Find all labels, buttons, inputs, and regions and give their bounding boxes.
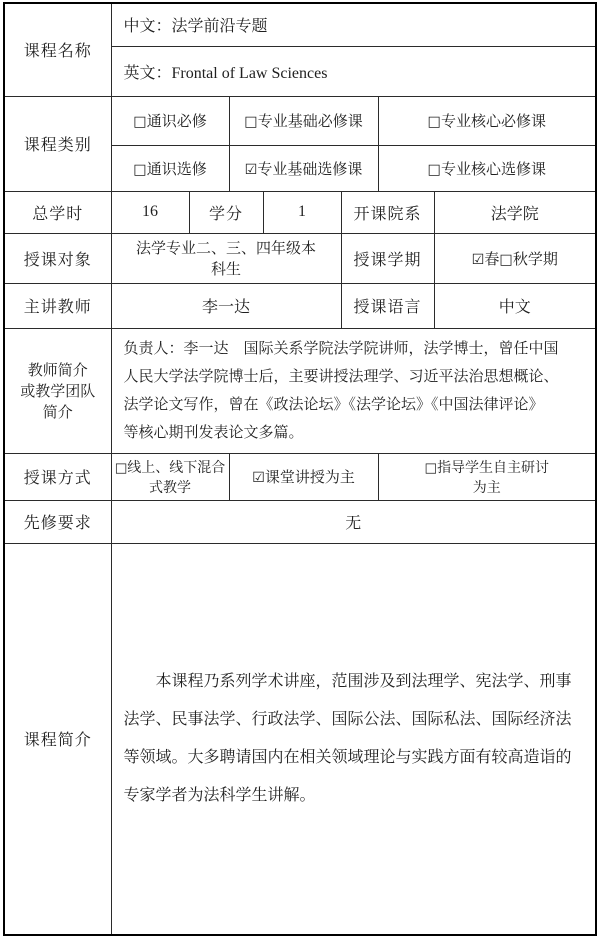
checkbox-unchecked-icon: □	[424, 461, 437, 476]
checkbox-checked-icon: ☑	[252, 470, 265, 486]
option-label: 专业核心选修课	[441, 162, 546, 178]
option-label: 专业核心必修课	[441, 114, 546, 130]
audience-value: 法学专业二、三、四年级本 科生	[111, 233, 341, 283]
semester-label: 授课学期	[341, 233, 434, 283]
option-label: 春	[484, 252, 499, 268]
category-option-major-core-elective: □专业核心选修课	[378, 145, 596, 191]
course-intro-first-line: 本课程乃系列学术讲座，范围涉及到法理学、宪法学、刑事	[124, 663, 584, 701]
prerequisites-value: 无	[111, 500, 596, 543]
checkbox-unchecked-icon: □	[115, 461, 128, 476]
total-hours-label: 总学时	[4, 191, 111, 233]
option-label: 秋学期	[513, 252, 558, 268]
credits-value: 1	[263, 191, 341, 233]
category-option-major-basic-elective: ☑专业基础选修课	[229, 145, 378, 191]
course-name-en: 英文：Frontal of Law Sciences	[111, 46, 596, 96]
option-label: 通识必修	[147, 114, 207, 130]
department-value: 法学院	[434, 191, 596, 233]
checkbox-checked-icon: ☑	[472, 252, 485, 268]
language-value: 中文	[434, 283, 596, 328]
option-label: 指导学生自主研讨 为主	[437, 461, 549, 496]
checkbox-checked-icon: ☑	[245, 162, 258, 178]
method-option-lecture: ☑课堂讲授为主	[229, 453, 378, 500]
option-label: 线上、线下混合 式教学	[127, 461, 225, 496]
checkbox-unchecked-icon: □	[133, 114, 146, 130]
teaching-method-label: 授课方式	[4, 453, 111, 500]
checkbox-unchecked-icon: □	[428, 162, 441, 178]
department-label: 开课院系	[341, 191, 434, 233]
semester-value: ☑春□秋学期	[434, 233, 596, 283]
row-course-intro: 课程简介 本课程乃系列学术讲座，范围涉及到法理学、宪法学、刑事法学、民事法学、行…	[4, 543, 596, 935]
checkbox-unchecked-icon: □	[499, 252, 512, 268]
category-option-major-basic-required: □专业基础必修课	[229, 96, 378, 145]
category-option-general-elective: □通识选修	[111, 145, 229, 191]
row-instructor-language: 主讲教师 李一达 授课语言 中文	[4, 283, 596, 328]
course-info-table: 课程名称 中文：法学前沿专题 英文：Frontal of Law Science…	[3, 2, 597, 936]
row-teaching-method: 授课方式 □线上、线下混合 式教学 ☑课堂讲授为主 □指导学生自主研讨 为主	[4, 453, 596, 500]
total-hours-value: 16	[111, 191, 189, 233]
audience-label: 授课对象	[4, 233, 111, 283]
row-course-name-zh: 课程名称 中文：法学前沿专题	[4, 3, 596, 46]
row-prerequisites: 先修要求 无	[4, 500, 596, 543]
checkbox-unchecked-icon: □	[428, 114, 441, 130]
option-label: 课堂讲授为主	[265, 470, 355, 486]
row-teacher-bio: 教师简介 或教学团队 简介 负责人：李一达 国际关系学院法学院讲师，法学博士，曾…	[4, 328, 596, 453]
teacher-bio-label: 教师简介 或教学团队 简介	[4, 328, 111, 453]
instructor-value: 李一达	[111, 283, 341, 328]
course-intro-rest: 法学、民事法学、行政法学、国际公法、国际私法、国际经济法 等领域。大多聘请国内在…	[124, 711, 572, 804]
row-audience-semester: 授课对象 法学专业二、三、四年级本 科生 授课学期 ☑春□秋学期	[4, 233, 596, 283]
category-option-major-core-required: □专业核心必修课	[378, 96, 596, 145]
credits-label: 学分	[189, 191, 263, 233]
teacher-bio-text: 负责人：李一达 国际关系学院法学院讲师，法学博士，曾任中国 人民大学法学院博士后…	[111, 328, 596, 453]
course-intro-text: 本课程乃系列学术讲座，范围涉及到法理学、宪法学、刑事法学、民事法学、行政法学、国…	[111, 543, 596, 935]
language-label: 授课语言	[341, 283, 434, 328]
method-option-blended: □线上、线下混合 式教学	[111, 453, 229, 500]
course-name-label: 课程名称	[4, 3, 111, 96]
course-name-zh: 中文：法学前沿专题	[111, 3, 596, 46]
option-label: 通识选修	[147, 162, 207, 178]
category-option-general-required: □通识必修	[111, 96, 229, 145]
checkbox-unchecked-icon: □	[244, 114, 257, 130]
option-label: 专业基础选修课	[257, 162, 362, 178]
row-hours-credits: 总学时 16 学分 1 开课院系 法学院	[4, 191, 596, 233]
method-option-self-study: □指导学生自主研讨 为主	[378, 453, 596, 500]
course-category-label: 课程类别	[4, 96, 111, 191]
row-category-1: 课程类别 □通识必修 □专业基础必修课 □专业核心必修课	[4, 96, 596, 145]
course-info-document: 课程名称 中文：法学前沿专题 英文：Frontal of Law Science…	[0, 0, 598, 942]
instructor-label: 主讲教师	[4, 283, 111, 328]
prerequisites-label: 先修要求	[4, 500, 111, 543]
course-intro-label: 课程简介	[4, 543, 111, 935]
option-label: 专业基础必修课	[258, 114, 363, 130]
checkbox-unchecked-icon: □	[133, 162, 146, 178]
